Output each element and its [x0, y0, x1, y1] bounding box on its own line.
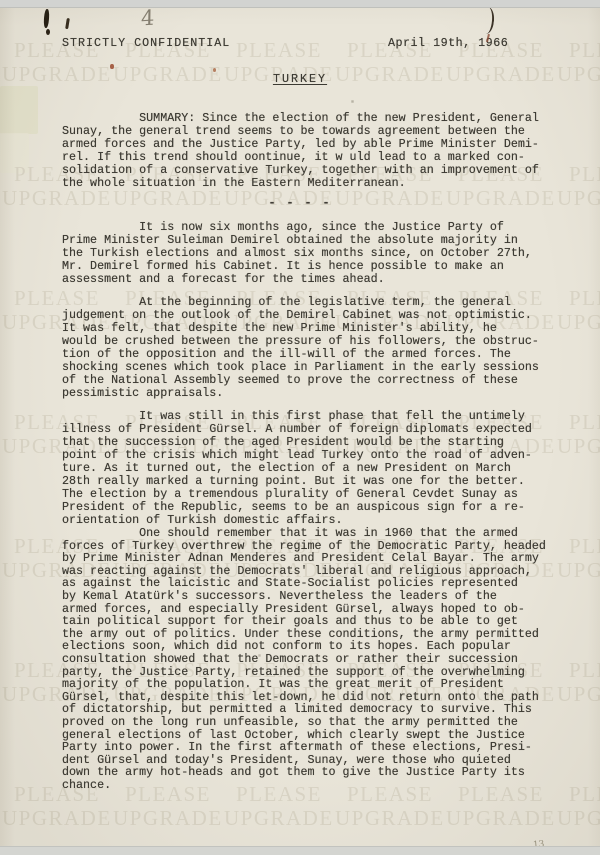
watermark-word: UPGRADE	[2, 808, 112, 829]
document-date: April 19th, 1966	[388, 37, 508, 50]
scanned-document: { "header": { "classification": "STRICTL…	[0, 0, 600, 855]
body-paragraph-4: One should remember that it was in 1960 …	[62, 527, 546, 791]
watermark-word: UPGRADE	[557, 560, 600, 581]
watermark-word: PLEASE	[569, 164, 600, 185]
body-paragraph-2: At the beginning of the legislative term…	[62, 296, 539, 400]
watermark-word: UPGRADE	[557, 436, 600, 457]
ink-blot-mark	[43, 9, 49, 28]
watermark-word: UPGRADE	[557, 808, 600, 829]
body-paragraph-3: It was still in this first phase that fe…	[62, 410, 532, 527]
red-ink-dot-small	[213, 68, 216, 72]
ink-tick-mark	[65, 18, 69, 29]
tape-patch-lower	[0, 133, 29, 173]
watermark-word: PLEASE	[569, 660, 600, 681]
summary-paragraph: SUMMARY: Since the election of the new P…	[62, 112, 539, 190]
section-separator: - - - -	[0, 197, 600, 210]
handwritten-number: 4	[141, 6, 155, 31]
scan-edge-bottom	[0, 846, 600, 855]
pen-stroke-mark	[479, 6, 495, 34]
body-paragraph-1: It is now six months ago, since the Just…	[62, 221, 532, 286]
watermark-word: PLEASE	[569, 784, 600, 805]
watermark-word: UPGRADE	[113, 808, 223, 829]
watermark-word: UPGRADE	[224, 808, 334, 829]
red-ink-dot	[110, 64, 114, 69]
watermark-word: PLEASE	[569, 412, 600, 433]
watermark-word: PLEASE	[236, 40, 322, 61]
watermark-word: PLEASE	[569, 536, 600, 557]
scan-edge-top	[0, 0, 600, 8]
watermark-word: UPGRADE	[557, 684, 600, 705]
tape-patch-upper	[0, 86, 38, 134]
watermark-word: PLEASE	[569, 288, 600, 309]
watermark-word: UPGRADE	[335, 808, 445, 829]
page-title-text: TURKEY	[273, 72, 327, 86]
ink-blot-dot	[46, 29, 50, 35]
watermark-word: PLEASE	[569, 40, 600, 61]
watermark-word: UPGRADE	[446, 808, 556, 829]
watermark-word: UPGRADE	[557, 312, 600, 333]
classification-label: STRICTLY CONFIDENTIAL	[62, 37, 230, 50]
page-title: TURKEY	[0, 73, 600, 86]
